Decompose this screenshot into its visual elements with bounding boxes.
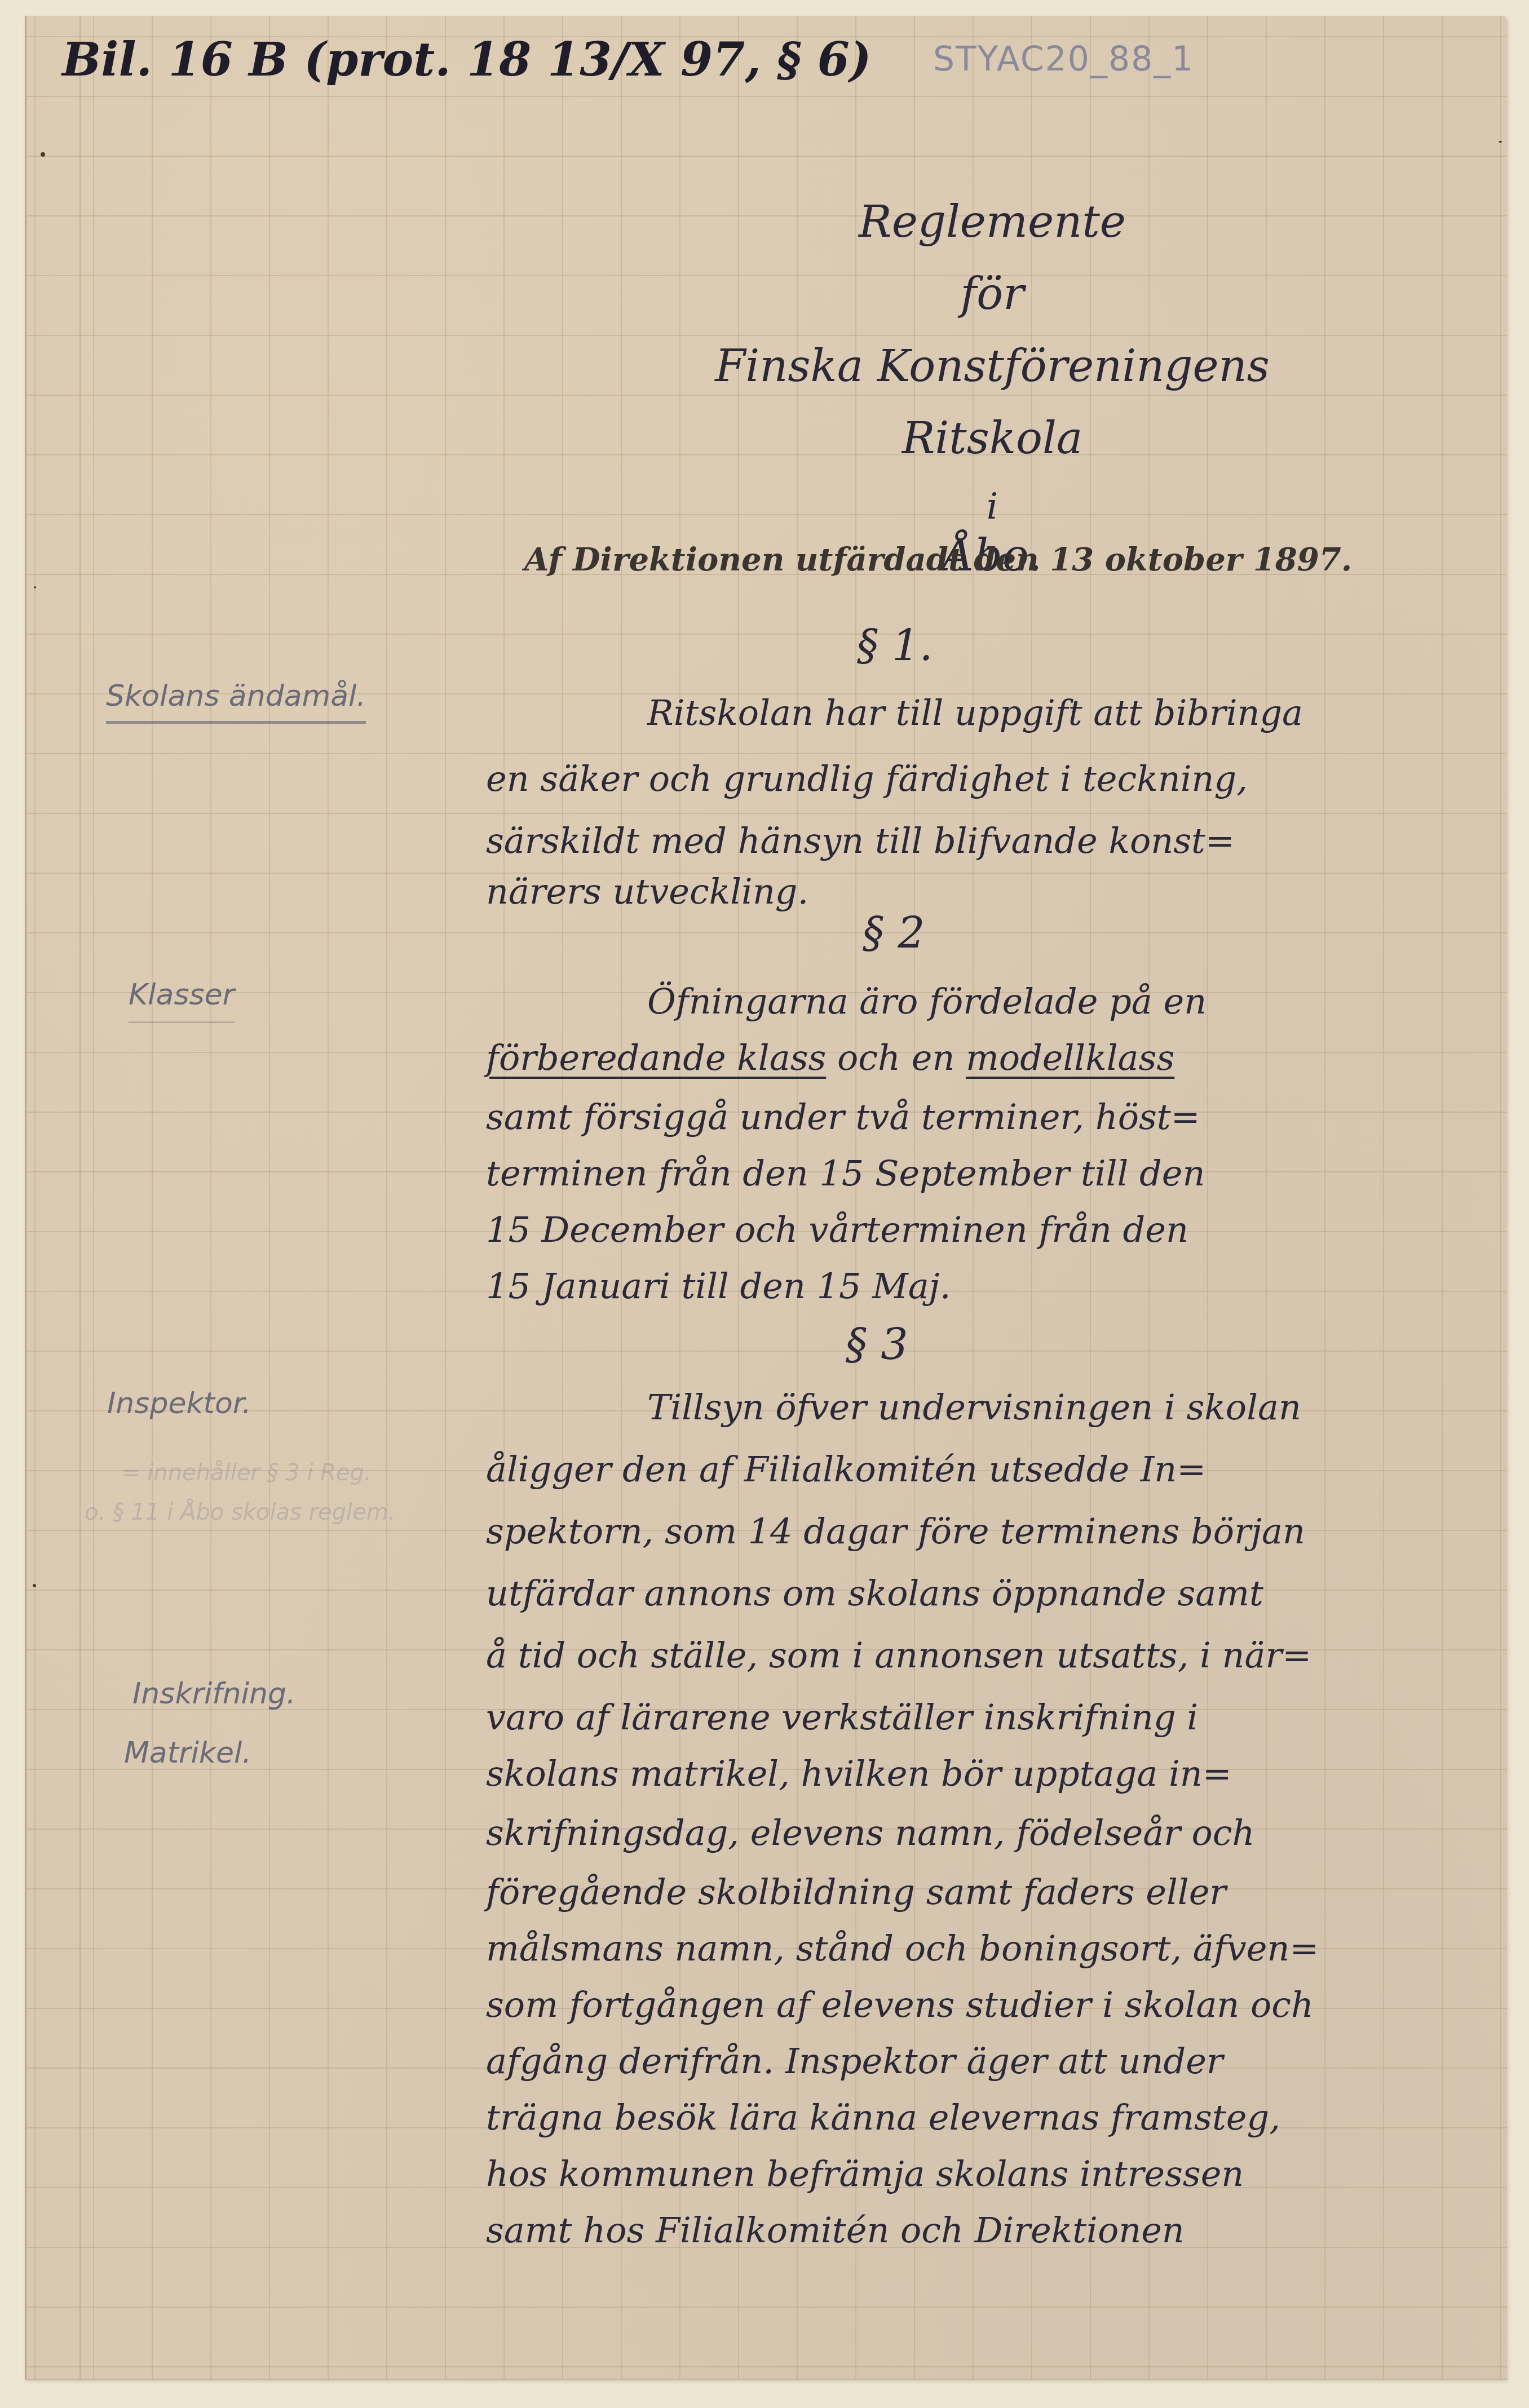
section-2-line-underlined: förberedande klass och en modellklass (486, 1037, 1501, 1078)
faint-pencil-note-2: o. § 11 i Åbo skolas reglem. (85, 1499, 396, 1525)
section-3-line: varo af lärarene verkställer inskrifning… (486, 1697, 1501, 1738)
section-3-line: åligger den af Filialkomitén utsedde In= (486, 1449, 1501, 1490)
title-line-3: Finska Konstföreningens (586, 344, 1398, 417)
margin-note-registration: Inskrifning. (132, 1677, 296, 1711)
title-line-1: Reglemente (586, 200, 1398, 272)
section-3-line: spektorn, som 14 dagar före terminens bö… (486, 1511, 1501, 1552)
page-margin-rule (79, 16, 81, 2379)
section-1-mark: § 1. (857, 620, 933, 670)
section-3-line: Tillsyn öfver undervisningen i skolan (647, 1387, 1529, 1428)
section-3-line: skolans matrikel, hvilken bör upptaga in… (486, 1753, 1501, 1794)
section-3-line: trägna besök lära känna elevernas framst… (486, 2097, 1501, 2138)
section-3-line: som fortgången af elevens studier i skol… (486, 1984, 1501, 2025)
section-1-line: en säker och grundlig färdighet i teckni… (486, 758, 1501, 799)
margin-note-register: Matrikel. (124, 1736, 251, 1770)
ink-speck (33, 1584, 36, 1587)
binding-hole (41, 152, 45, 157)
faint-pencil-note-1: = innehåller § 3 i Reg. (121, 1460, 372, 1486)
section-3-line: målsmans namn, stånd och boningsort, äfv… (486, 1928, 1501, 1969)
scan-background: Bil. 16 B (prot. 18 13/X 97, § 6) STYAC2… (0, 0, 1529, 2408)
section-3-line: utfärdar annons om skolans öppnande samt (486, 1573, 1501, 1614)
issued-by-note: Af Direktionen utfärdadt den 13 oktober … (524, 541, 1352, 578)
section-2-line: samt försiggå under två terminer, höst= (486, 1096, 1501, 1137)
section-3-line: föregående skolbildning samt faders elle… (486, 1871, 1501, 1913)
margin-note-inspector: Inspektor. (107, 1387, 251, 1420)
section-1-line: Ritskolan har till uppgift att bibringa (647, 692, 1529, 733)
section-3-line: hos kommunen befrämja skolans intressen (486, 2153, 1501, 2194)
section-3-mark: § 3 (846, 1319, 908, 1369)
reference-note: Bil. 16 B (prot. 18 13/X 97, § 6) (62, 33, 872, 87)
underlined-term-model-class: modellklass (966, 1037, 1174, 1078)
connector-text: och en (837, 1037, 966, 1078)
section-1-line: närers utveckling. (486, 871, 1501, 912)
section-3-line: samt hos Filialkomitén och Direktionen (486, 2210, 1501, 2251)
section-2-line: 15 December och vårterminen från den (486, 1209, 1501, 1250)
section-3-line: skrifningsdag, elevens namn, födelseår o… (486, 1812, 1501, 1853)
section-3-line: afgång derifrån. Inspektor äger att unde… (486, 2040, 1501, 2082)
title-line-5: i (586, 489, 1398, 534)
ink-speck (34, 586, 36, 588)
underlined-term-preparatory: förberedande klass (486, 1037, 826, 1078)
section-2-line: 15 Januari till den 15 Maj. (486, 1265, 1501, 1307)
archive-id-stamp: STYAC20_88_1 (933, 39, 1194, 79)
ink-speck (1499, 141, 1502, 143)
margin-note-classes: Klasser (129, 978, 235, 1023)
title-line-4: Ritskola (586, 417, 1398, 489)
section-2-line: terminen från den 15 September till den (486, 1153, 1501, 1194)
section-2-line: Öfningarna äro fördelade på en (647, 981, 1529, 1022)
section-2-mark: § 2 (863, 908, 925, 958)
section-3-line: å tid och ställe, som i annonsen utsatts… (486, 1635, 1501, 1676)
title-line-2: för (586, 272, 1398, 344)
section-1-line: särskildt med hänsyn till blifvande kons… (486, 820, 1501, 861)
margin-note-purpose: Skolans ändamål. (106, 679, 366, 724)
